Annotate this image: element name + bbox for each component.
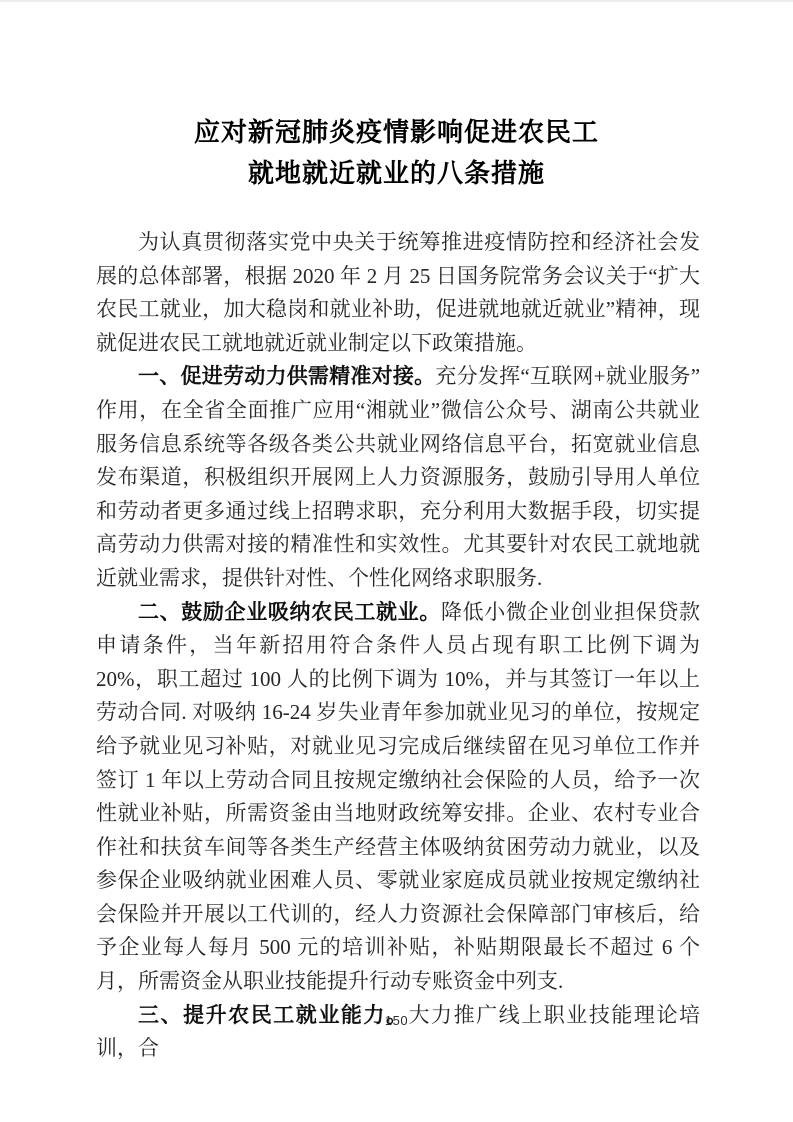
paragraph-measure-1-text: 充分发挥“互联网+就业服务”作用，在全省全面推广应用“湘就业”微信公众号、湖南公… — [96, 364, 700, 590]
document-page: 应对新冠肺炎疫情影响促进农民工 就地就近就业的八条措施 为认真贯彻落实党中央关于… — [0, 0, 793, 1122]
paragraph-measure-2-heading: 二、鼓励企业吸纳农民工就业。 — [138, 601, 441, 624]
paragraph-measure-3: 三、提升农民工就业能力。大力推广线上职业技能理论培训，合 — [96, 999, 700, 1066]
paragraph-measure-1: 一、促进劳动力供需精准对接。充分发挥“互联网+就业服务”作用，在全省全面推广应用… — [96, 360, 700, 595]
title-line-2: 就地就近就业的八条措施 — [0, 153, 793, 194]
paragraph-measure-1-heading: 一、促进劳动力供需精准对接。 — [138, 365, 435, 388]
document-title: 应对新冠肺炎疫情影响促进农民工 就地就近就业的八条措施 — [0, 0, 793, 194]
paragraph-measure-2: 二、鼓励企业吸纳农民工就业。降低小微企业创业担保贷款申请条件，当年新招用符合条件… — [96, 596, 700, 999]
paragraph-measure-2-text: 降低小微企业创业担保贷款申请条件，当年新招用符合条件人员占现有职工比例下调为 2… — [96, 600, 700, 994]
title-line-1: 应对新冠肺炎疫情影响促进农民工 — [0, 112, 793, 153]
page-number: 150 — [0, 1013, 793, 1028]
document-body: 为认真贯彻落实党中央关于统筹推进疫情防控和经济社会发展的总体部署，根据 2020… — [96, 226, 700, 1066]
paragraph-intro: 为认真贯彻落实党中央关于统筹推进疫情防控和经济社会发展的总体部署，根据 2020… — [96, 226, 700, 360]
paragraph-intro-text: 为认真贯彻落实党中央关于统筹推进疫情防控和经济社会发展的总体部署，根据 2020… — [96, 230, 700, 355]
page-top-edge-line — [0, 0, 793, 2]
